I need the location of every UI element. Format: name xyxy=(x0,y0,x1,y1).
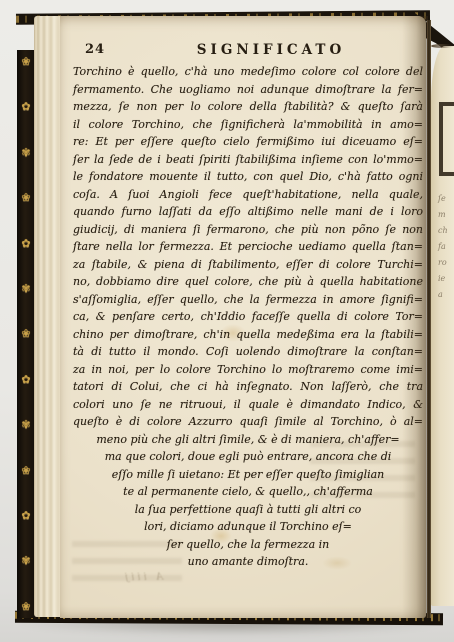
body-line: tatori di Colui, che ci hà inſegnato. No… xyxy=(73,378,423,396)
facing-page-initial-border xyxy=(439,102,454,176)
body-line: za ſtabile, & piena di ſtabilimento, eſſ… xyxy=(73,256,423,274)
body-line: la ſua perfettione quaſi à tutti gli alt… xyxy=(73,501,423,519)
body-line: ma que colori, doue egli può entrare, an… xyxy=(73,448,423,466)
book-page: 24 SIGNIFICATO Torchino è quello, c'hà u… xyxy=(60,16,426,618)
facing-page-letter-fragment: ro xyxy=(438,258,448,267)
body-line: colori uno ſe ne ritruoui, il quale è di… xyxy=(73,396,423,414)
facing-page-sliver: ſemchfaroiea xyxy=(431,46,454,606)
facing-page-letter-fragment: m xyxy=(438,210,448,219)
body-line: mezza, ſe non per lo colore della ſtabil… xyxy=(73,98,423,116)
body-line: ſtare nella lor fermezza. Et percioche u… xyxy=(73,238,423,256)
gold-fleuron-ornament: ✿ xyxy=(21,100,30,113)
text-block: 24 SIGNIFICATO Torchino è quello, c'hà u… xyxy=(73,42,423,571)
book-photograph: ❀✿✾❀✿✾❀✿✾❀✿✾❀ 24 SIGNIFICATO Torchino è … xyxy=(0,0,454,642)
cover-left-edge: ❀✿✾❀✿✾❀✿✾❀✿✾❀ xyxy=(17,50,35,618)
facing-page-letter-fragment: ch xyxy=(438,226,448,235)
body-line: coſa. A ſuoi Angioli fece queſt'habitati… xyxy=(73,186,423,204)
gold-fleuron-ornament: ❀ xyxy=(21,600,30,613)
gold-tooling-ornament-column: ❀✿✾❀✿✾❀✿✾❀✿✾❀ xyxy=(17,50,35,618)
body-line: re: Et per eſſere queſto cielo fermißimo… xyxy=(73,133,423,151)
signature-mark-bleedthrough: A iiij xyxy=(122,572,163,584)
gold-fleuron-ornament: ✾ xyxy=(21,146,30,159)
body-line: ſer la ſede de i beati ſpiriti ſtabilißi… xyxy=(73,151,423,169)
gutter-shadow xyxy=(402,16,428,618)
gold-fleuron-ornament: ✿ xyxy=(21,237,30,250)
body-line: chino per dimoſtrare, ch'in quella medeß… xyxy=(73,326,423,344)
body-line: te al permanente cielo, & quello,, ch'af… xyxy=(73,483,423,501)
body-text: Torchino è quello, c'hà uno medeſimo col… xyxy=(73,63,423,571)
body-line: uno amante dimoſtra. xyxy=(73,553,423,571)
body-line: il colore Torchino, che ſignificherà la'… xyxy=(73,116,423,134)
body-line: ca, & penſare certo, ch'Iddio faceſſe qu… xyxy=(73,308,423,326)
gold-fleuron-ornament: ✾ xyxy=(21,418,30,431)
body-line: Torchino è quello, c'hà uno medeſimo col… xyxy=(73,63,423,81)
gold-fleuron-ornament: ❀ xyxy=(21,55,30,68)
facing-page-letter-fragment: a xyxy=(438,290,448,299)
gold-fleuron-ornament: ✾ xyxy=(21,554,30,567)
body-line: za in noi, per lo colore Torchino lo moſ… xyxy=(73,361,423,379)
facing-page-text-fragments: ſemchfaroiea xyxy=(438,194,448,299)
running-title: SIGNIFICATO xyxy=(73,42,423,58)
gold-fleuron-ornament: ❀ xyxy=(21,191,30,204)
page-header: 24 SIGNIFICATO xyxy=(73,42,423,58)
facing-page-letter-fragment: fa xyxy=(438,242,448,251)
body-line: tà di tutto il mondo. Coſi uolendo dimoſ… xyxy=(73,343,423,361)
gold-fleuron-ornament: ✿ xyxy=(21,509,30,522)
gold-fleuron-ornament: ✿ xyxy=(21,373,30,386)
body-line: giudicij, di maniera ſi fermarono, che p… xyxy=(73,221,423,239)
body-line: no, dobbiamo dire quel colore, che più à… xyxy=(73,273,423,291)
body-line: queſto è di colore Azzurro quaſi ſimile … xyxy=(73,413,423,431)
facing-page-letter-fragment: ſe xyxy=(438,194,448,203)
gold-fleuron-ornament: ✾ xyxy=(21,282,30,295)
body-line: ſer quello, che la fermezza in xyxy=(73,536,423,554)
gold-fleuron-ornament: ❀ xyxy=(21,464,30,477)
page-edge-stack xyxy=(34,16,62,617)
body-line: fermamento. Che uogliamo noi adunque dim… xyxy=(73,81,423,99)
body-line: s'aſſomiglia, eſſer quello, che la ferme… xyxy=(73,291,423,309)
body-line: meno più che gli altri ſimile, & è di ma… xyxy=(73,431,423,449)
body-line: quando furno laſſati da eſſo altißimo ne… xyxy=(73,203,423,221)
facing-page-letter-fragment: ie xyxy=(438,274,448,283)
gold-fleuron-ornament: ❀ xyxy=(21,327,30,340)
body-line: eſſo mille ſi uietano: Et per eſſer queſ… xyxy=(73,466,423,484)
page-number: 24 xyxy=(85,42,105,58)
body-line: le fondatore mouente il tutto, con quel … xyxy=(73,168,423,186)
body-line: lori, diciamo adunque il Torchino eſ= xyxy=(73,518,423,536)
